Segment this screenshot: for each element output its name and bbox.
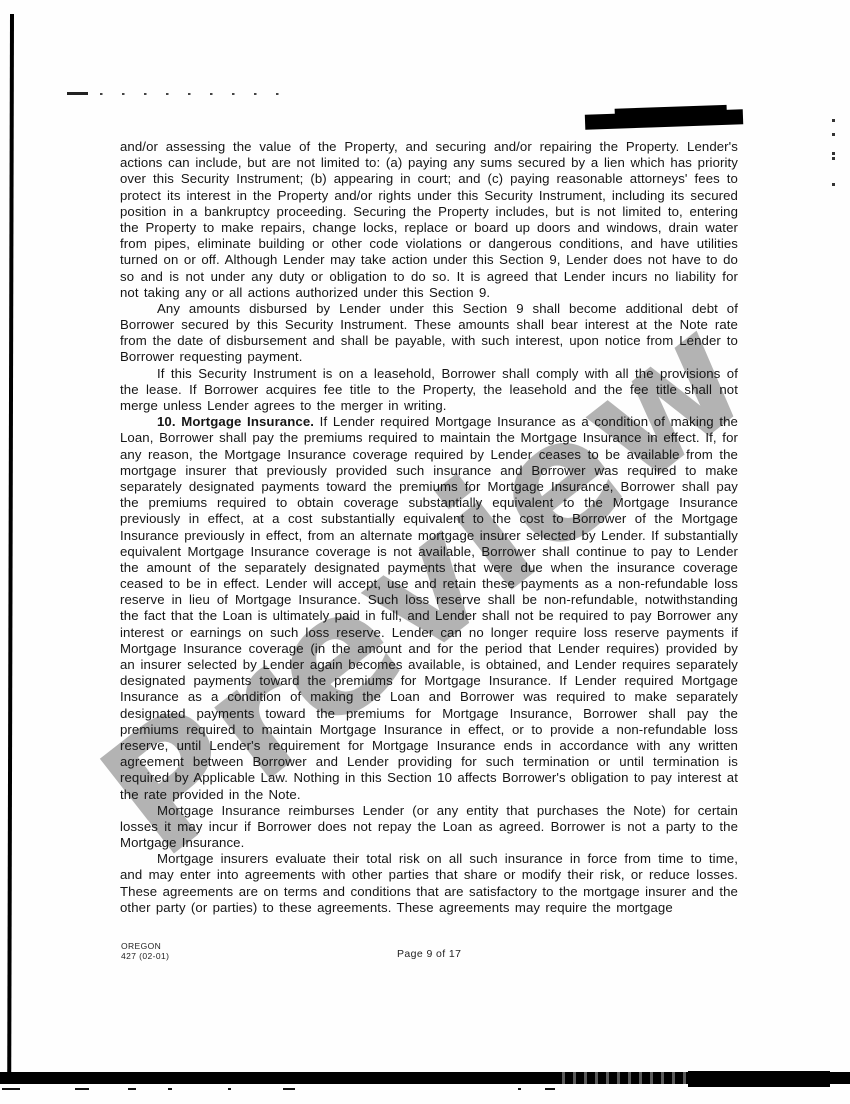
scan-smudge-dashed-line: [67, 92, 267, 95]
scan-speck: [2, 1088, 20, 1090]
section10-heading: 10. Mortgage Insurance.: [157, 414, 314, 429]
scan-smudge-dash: [67, 92, 88, 95]
paragraph-text: Any amounts disbursed by Lender under th…: [120, 301, 738, 365]
scan-speck: [168, 1088, 172, 1090]
bottom-scan-bar-thick-segment: [688, 1071, 830, 1087]
left-scan-edge-line: [7, 14, 13, 1084]
paragraph-amounts-disbursed: Any amounts disbursed by Lender under th…: [120, 301, 738, 366]
scanned-document-page: Preview and/or assessing the value of th…: [0, 0, 850, 1104]
scan-speck: [832, 119, 835, 122]
footer-form-number: 427 (02-01): [121, 952, 169, 962]
scan-speck: [228, 1088, 231, 1090]
paragraph-text: Mortgage insurers evaluate their total r…: [120, 851, 738, 915]
scan-speck: [832, 183, 835, 186]
paragraph-text: If Lender required Mortgage Insurance as…: [120, 414, 738, 801]
paragraph-section9-continuation: and/or assessing the value of the Proper…: [120, 139, 738, 301]
scan-speck: [518, 1088, 521, 1090]
footer-page-indicator: Page 9 of 17: [397, 948, 461, 960]
paragraph-section10-mortgage-insurance: 10. Mortgage Insurance. If Lender requir…: [120, 414, 738, 803]
scan-speck: [832, 157, 835, 160]
paragraph-text: and/or assessing the value of the Proper…: [120, 139, 738, 300]
scan-speck: [128, 1088, 136, 1090]
scan-speck: [832, 133, 835, 136]
paragraph-text: Mortgage Insurance reimburses Lender (or…: [120, 803, 738, 850]
paragraph-text: If this Security Instrument is on a leas…: [120, 366, 738, 413]
paragraph-mortgage-insurers-evaluate: Mortgage insurers evaluate their total r…: [120, 851, 738, 916]
bottom-scan-bar-speckle: [562, 1072, 690, 1084]
document-body: and/or assessing the value of the Proper…: [120, 139, 738, 916]
paragraph-leasehold: If this Security Instrument is on a leas…: [120, 366, 738, 415]
redaction-bar-top-right: [585, 103, 746, 135]
scan-speck: [545, 1088, 555, 1090]
footer-form-identifier: OREGON 427 (02-01): [121, 942, 169, 961]
scan-speck: [283, 1088, 295, 1090]
paragraph-mi-reimburses: Mortgage Insurance reimburses Lender (or…: [120, 803, 738, 852]
scan-speck: [75, 1088, 89, 1090]
scan-smudge-dots: [100, 93, 296, 95]
scan-speck: [832, 152, 835, 155]
